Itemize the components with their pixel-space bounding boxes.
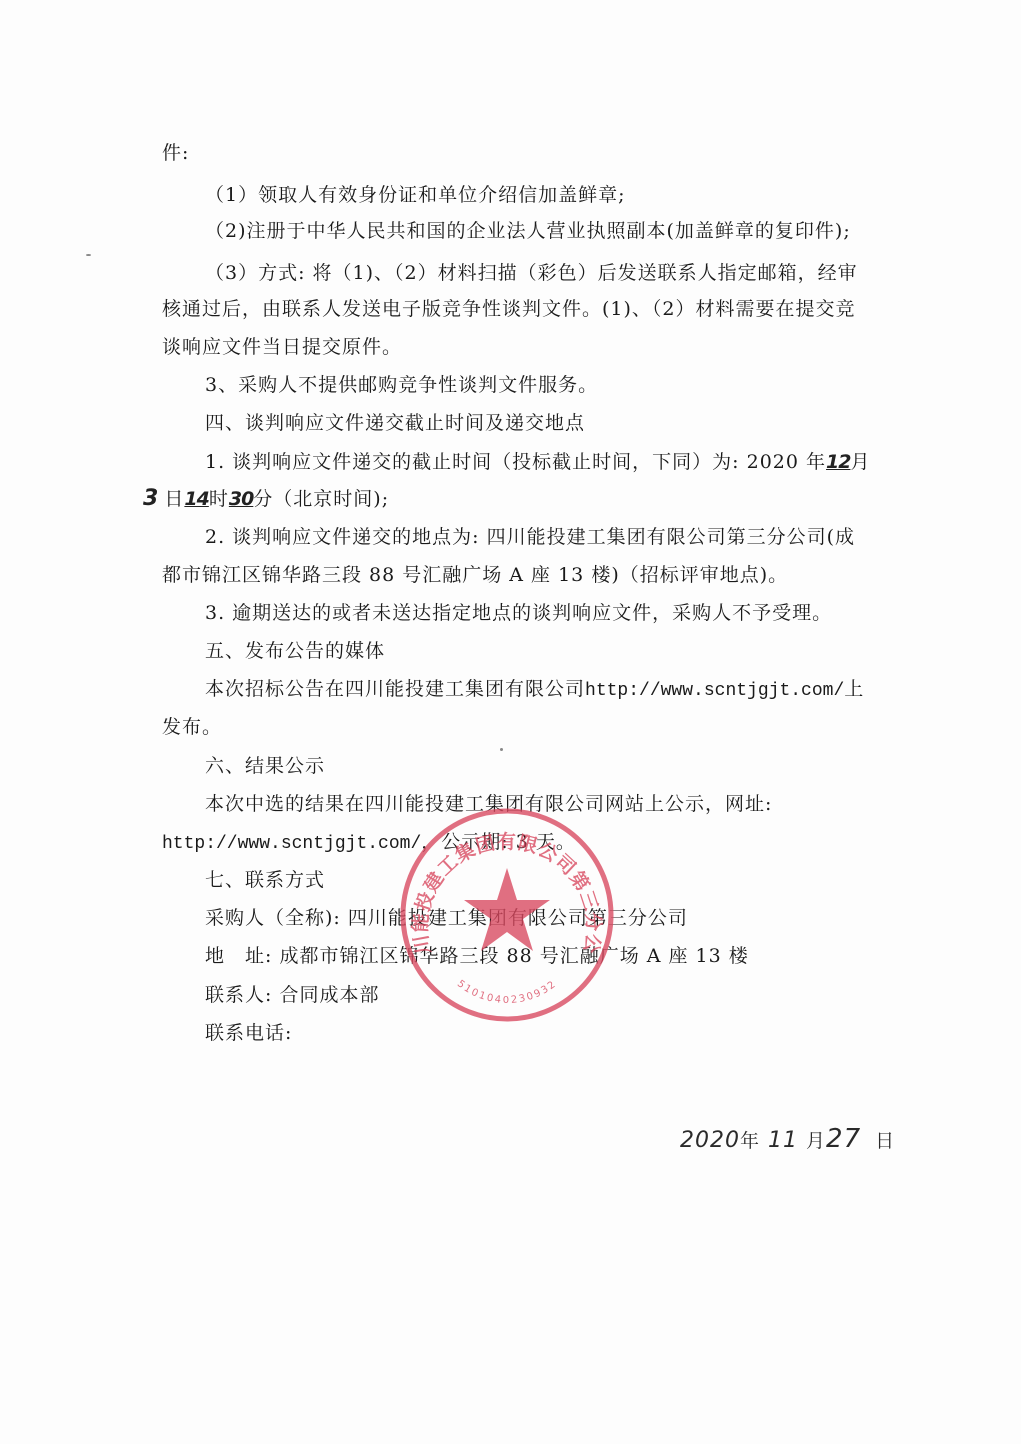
sig-month-unit: 月 — [806, 1130, 826, 1152]
result-publication: 本次中选的结果在四川能投建工集团有限公司网站上公示，网址: — [205, 792, 772, 816]
item-3-method: （3）方式: 将（1)、（2）材料扫描（彩色）后发送联系人指定邮箱，经审 — [205, 261, 858, 285]
section-6-heading: 六、结果公示 — [205, 754, 325, 778]
sig-day: 27 — [826, 1124, 861, 1154]
svg-text:四川能投建工集团有限公司第三分公司: 四川能投建工集团有限公司第三分公司 — [398, 806, 605, 956]
sig-day-unit: 日 — [875, 1130, 895, 1152]
deadline-month-unit: 月 — [850, 451, 870, 473]
line-continuation: 件: — [162, 141, 189, 165]
result-publication-cont: http://www.scntjgjt.com/，公示期: 3 天。 — [162, 830, 576, 856]
sig-year-unit: 年 — [740, 1130, 760, 1152]
scan-speck — [86, 254, 91, 256]
svg-text:5101040230932: 5101040230932 — [455, 978, 559, 1006]
late-submission-clause: 3. 逾期送达的或者未送达指定地点的谈判响应文件，采购人不予受理。 — [205, 601, 832, 625]
section-7-heading: 七、联系方式 — [205, 868, 325, 892]
submission-location: 2. 谈判响应文件递交的地点为: 四川能投建工集团有限公司第三分公司(成 — [205, 525, 855, 549]
media-suffix: 上 — [844, 678, 864, 700]
signature-date: 2020年 11 月27日 — [680, 1124, 895, 1154]
media-line: 本次招标公告在四川能投建工集团有限公司http://www.scntjgjt.c… — [205, 677, 864, 703]
deadline-day-handwritten: 3 — [143, 486, 157, 511]
deadline-prefix: 1. 谈判响应文件递交的截止时间（投标截止时间，下同）为: 2020 年 — [205, 451, 826, 473]
item-3-method-cont2: 谈响应文件当日提交原件。 — [162, 335, 402, 359]
media-line-cont: 发布。 — [162, 715, 222, 739]
contact-phone: 联系电话: — [205, 1021, 292, 1045]
item-3-method-cont: 核通过后，由联系人发送电子版竞争性谈判文件。(1)、（2）材料需要在提交竞 — [162, 297, 856, 321]
result-url-link[interactable]: http://www.scntjgjt.com/ — [162, 834, 421, 854]
deadline-day-unit: 日 — [164, 488, 184, 510]
deadline-hour-handwritten: 14 — [184, 488, 208, 510]
deadline-minute-handwritten: 30 — [229, 488, 253, 510]
item-1-id-requirement: （1）领取人有效身份证和单位介绍信加盖鲜章; — [205, 183, 626, 207]
document-page: 件: （1）领取人有效身份证和单位介绍信加盖鲜章; （2)注册于中华人民共和国的… — [0, 0, 1021, 1444]
contact-person: 联系人: 合同成本部 — [205, 983, 379, 1007]
clause-3-no-mail: 3、采购人不提供邮购竞争性谈判文件服务。 — [205, 373, 598, 397]
purchaser-address: 地 址: 成都市锦江区锦华路三段 88 号汇融广场 A 座 13 楼 — [205, 944, 749, 968]
deadline-month-handwritten: 12 — [826, 451, 850, 473]
media-prefix: 本次招标公告在四川能投建工集团有限公司 — [205, 678, 585, 700]
result-period: ，公示期: 3 天。 — [421, 831, 576, 853]
section-4-heading: 四、谈判响应文件递交截止时间及递交地点 — [205, 411, 585, 435]
deadline-line: 1. 谈判响应文件递交的截止时间（投标截止时间，下同）为: 2020 年12月 — [205, 450, 870, 474]
sig-year: 2020 — [680, 1128, 740, 1153]
submission-location-cont: 都市锦江区锦华路三段 88 号汇融广场 A 座 13 楼)（招标评审地点)。 — [162, 563, 788, 587]
item-2-business-license: （2)注册于中华人民共和国的企业法人营业执照副本(加盖鲜章的复印件); — [205, 219, 851, 243]
sig-month: 11 — [768, 1128, 798, 1153]
deadline-line-cont: 3 日14时30分（北京时间); — [143, 487, 389, 511]
deadline-hour-unit: 时 — [209, 488, 229, 510]
media-url-link[interactable]: http://www.scntjgjt.com/ — [585, 681, 844, 701]
section-5-heading: 五、发布公告的媒体 — [205, 639, 385, 663]
deadline-suffix: 分（北京时间); — [253, 488, 389, 510]
scan-speck — [500, 748, 503, 751]
purchaser-name: 采购人（全称): 四川能投建工集团有限公司第三分公司 — [205, 906, 688, 930]
